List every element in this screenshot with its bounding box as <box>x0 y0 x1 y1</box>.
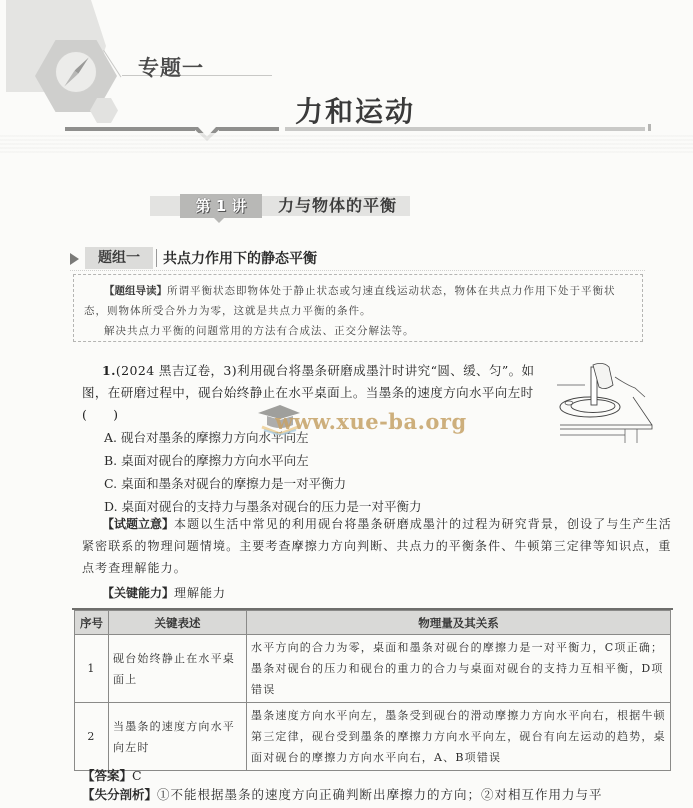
intro-tag: 【题组导读】 <box>104 285 167 297</box>
answer-value: C <box>132 768 142 783</box>
loss-tag: 【失分剖析】 <box>82 787 157 802</box>
row-relation: 水平方向的合力为零，桌面和墨条对砚台的摩擦力是一对平衡力，C项正确；墨条对砚台的… <box>247 635 671 703</box>
column-header-index: 序号 <box>75 611 109 635</box>
option-b: B. 桌面对砚台的摩擦力方向水平向左 <box>104 449 422 472</box>
row-relation: 墨条速度方向水平向左，墨条受到砚台的滑动摩擦力方向水平向右，根据牛顿第三定律，砚… <box>247 703 671 771</box>
key-ability: 【关键能力】理解能力 <box>102 584 226 601</box>
option-c: C. 桌面和墨条对砚台的摩擦力是一对平衡力 <box>104 472 422 495</box>
intro-paragraph: 【题组导读】所谓平衡状态即物体处于静止状态或匀速直线运动状态，物体在共点力作用下… <box>84 281 634 321</box>
table-row: 2 当墨条的速度方向水平向左时 墨条速度方向水平向左，墨条受到砚台的滑动摩擦力方… <box>75 703 671 771</box>
banner-bar-light <box>285 127 645 131</box>
banner-bar-end <box>648 124 651 131</box>
group-badge: 题组一 <box>85 247 155 269</box>
watermark: www.xue-ba.org <box>275 409 467 434</box>
row-index: 2 <box>75 703 109 771</box>
answer-tag: 【答案】 <box>82 768 132 783</box>
page-title: 力和运动 <box>295 90 415 130</box>
group-underline <box>70 270 645 271</box>
banner-bar <box>219 127 279 131</box>
loss-analysis: 【失分剖析】①不能根据墨条的速度方向正确判断出摩擦力的方向；②对相互作用力与平 <box>82 785 603 803</box>
ability-text: 理解能力 <box>174 586 226 600</box>
intro-paragraph: 解决共点力平衡的问题常用的方法有合成法、正交分解法等。 <box>84 321 634 341</box>
question-source: (2024 黑吉辽卷，3) <box>116 363 237 378</box>
group-title: 共点力作用下的静态平衡 <box>163 248 317 268</box>
question-number: 1. <box>102 363 116 378</box>
loss-text: ①不能根据墨条的速度方向正确判断出摩擦力的方向；②对相互作用力与平 <box>157 787 603 802</box>
row-key-expression: 当墨条的速度方向水平向左时 <box>109 703 247 771</box>
ability-tag: 【关键能力】 <box>102 586 174 600</box>
table-header-row: 序号 关键表述 物理量及其关系 <box>75 611 671 635</box>
lesson-badge-notch <box>214 218 224 223</box>
answer-line: 【答案】C <box>82 766 142 784</box>
column-header-key-expression: 关键表述 <box>109 611 247 635</box>
lesson-title: 力与物体的平衡 <box>278 193 397 216</box>
answer-options: A. 砚台对墨条的摩擦力方向水平向左 B. 桌面对砚台的摩擦力方向水平向左 C.… <box>104 426 422 518</box>
banner-texture <box>0 133 693 153</box>
row-key-expression: 砚台始终静止在水平桌面上 <box>109 635 247 703</box>
lesson-badge: 第 1 讲 <box>180 194 262 218</box>
table-row: 1 砚台始终静止在水平桌面上 水平方向的合力为零，桌面和墨条对砚台的摩擦力是一对… <box>75 635 671 703</box>
key-expression-table: 序号 关键表述 物理量及其关系 1 砚台始终静止在水平桌面上 水平方向的合力为零… <box>74 610 671 771</box>
banner-bar <box>65 127 195 131</box>
column-header-relation: 物理量及其关系 <box>247 611 671 635</box>
inkstone-figure <box>555 355 660 445</box>
intent-tag: 【试题立意】 <box>102 517 174 531</box>
row-index: 1 <box>75 635 109 703</box>
play-arrow-icon <box>70 253 79 265</box>
group-separator <box>156 249 157 267</box>
group-intro-box: 【题组导读】所谓平衡状态即物体处于静止状态或匀速直线运动状态，物体在共点力作用下… <box>73 274 643 342</box>
question-intent: 【试题立意】本题以生活中常见的利用砚台将墨条研磨成墨汁的过程为研究背景，创设了与… <box>82 513 682 579</box>
topic-label: 专题一 <box>138 52 204 82</box>
